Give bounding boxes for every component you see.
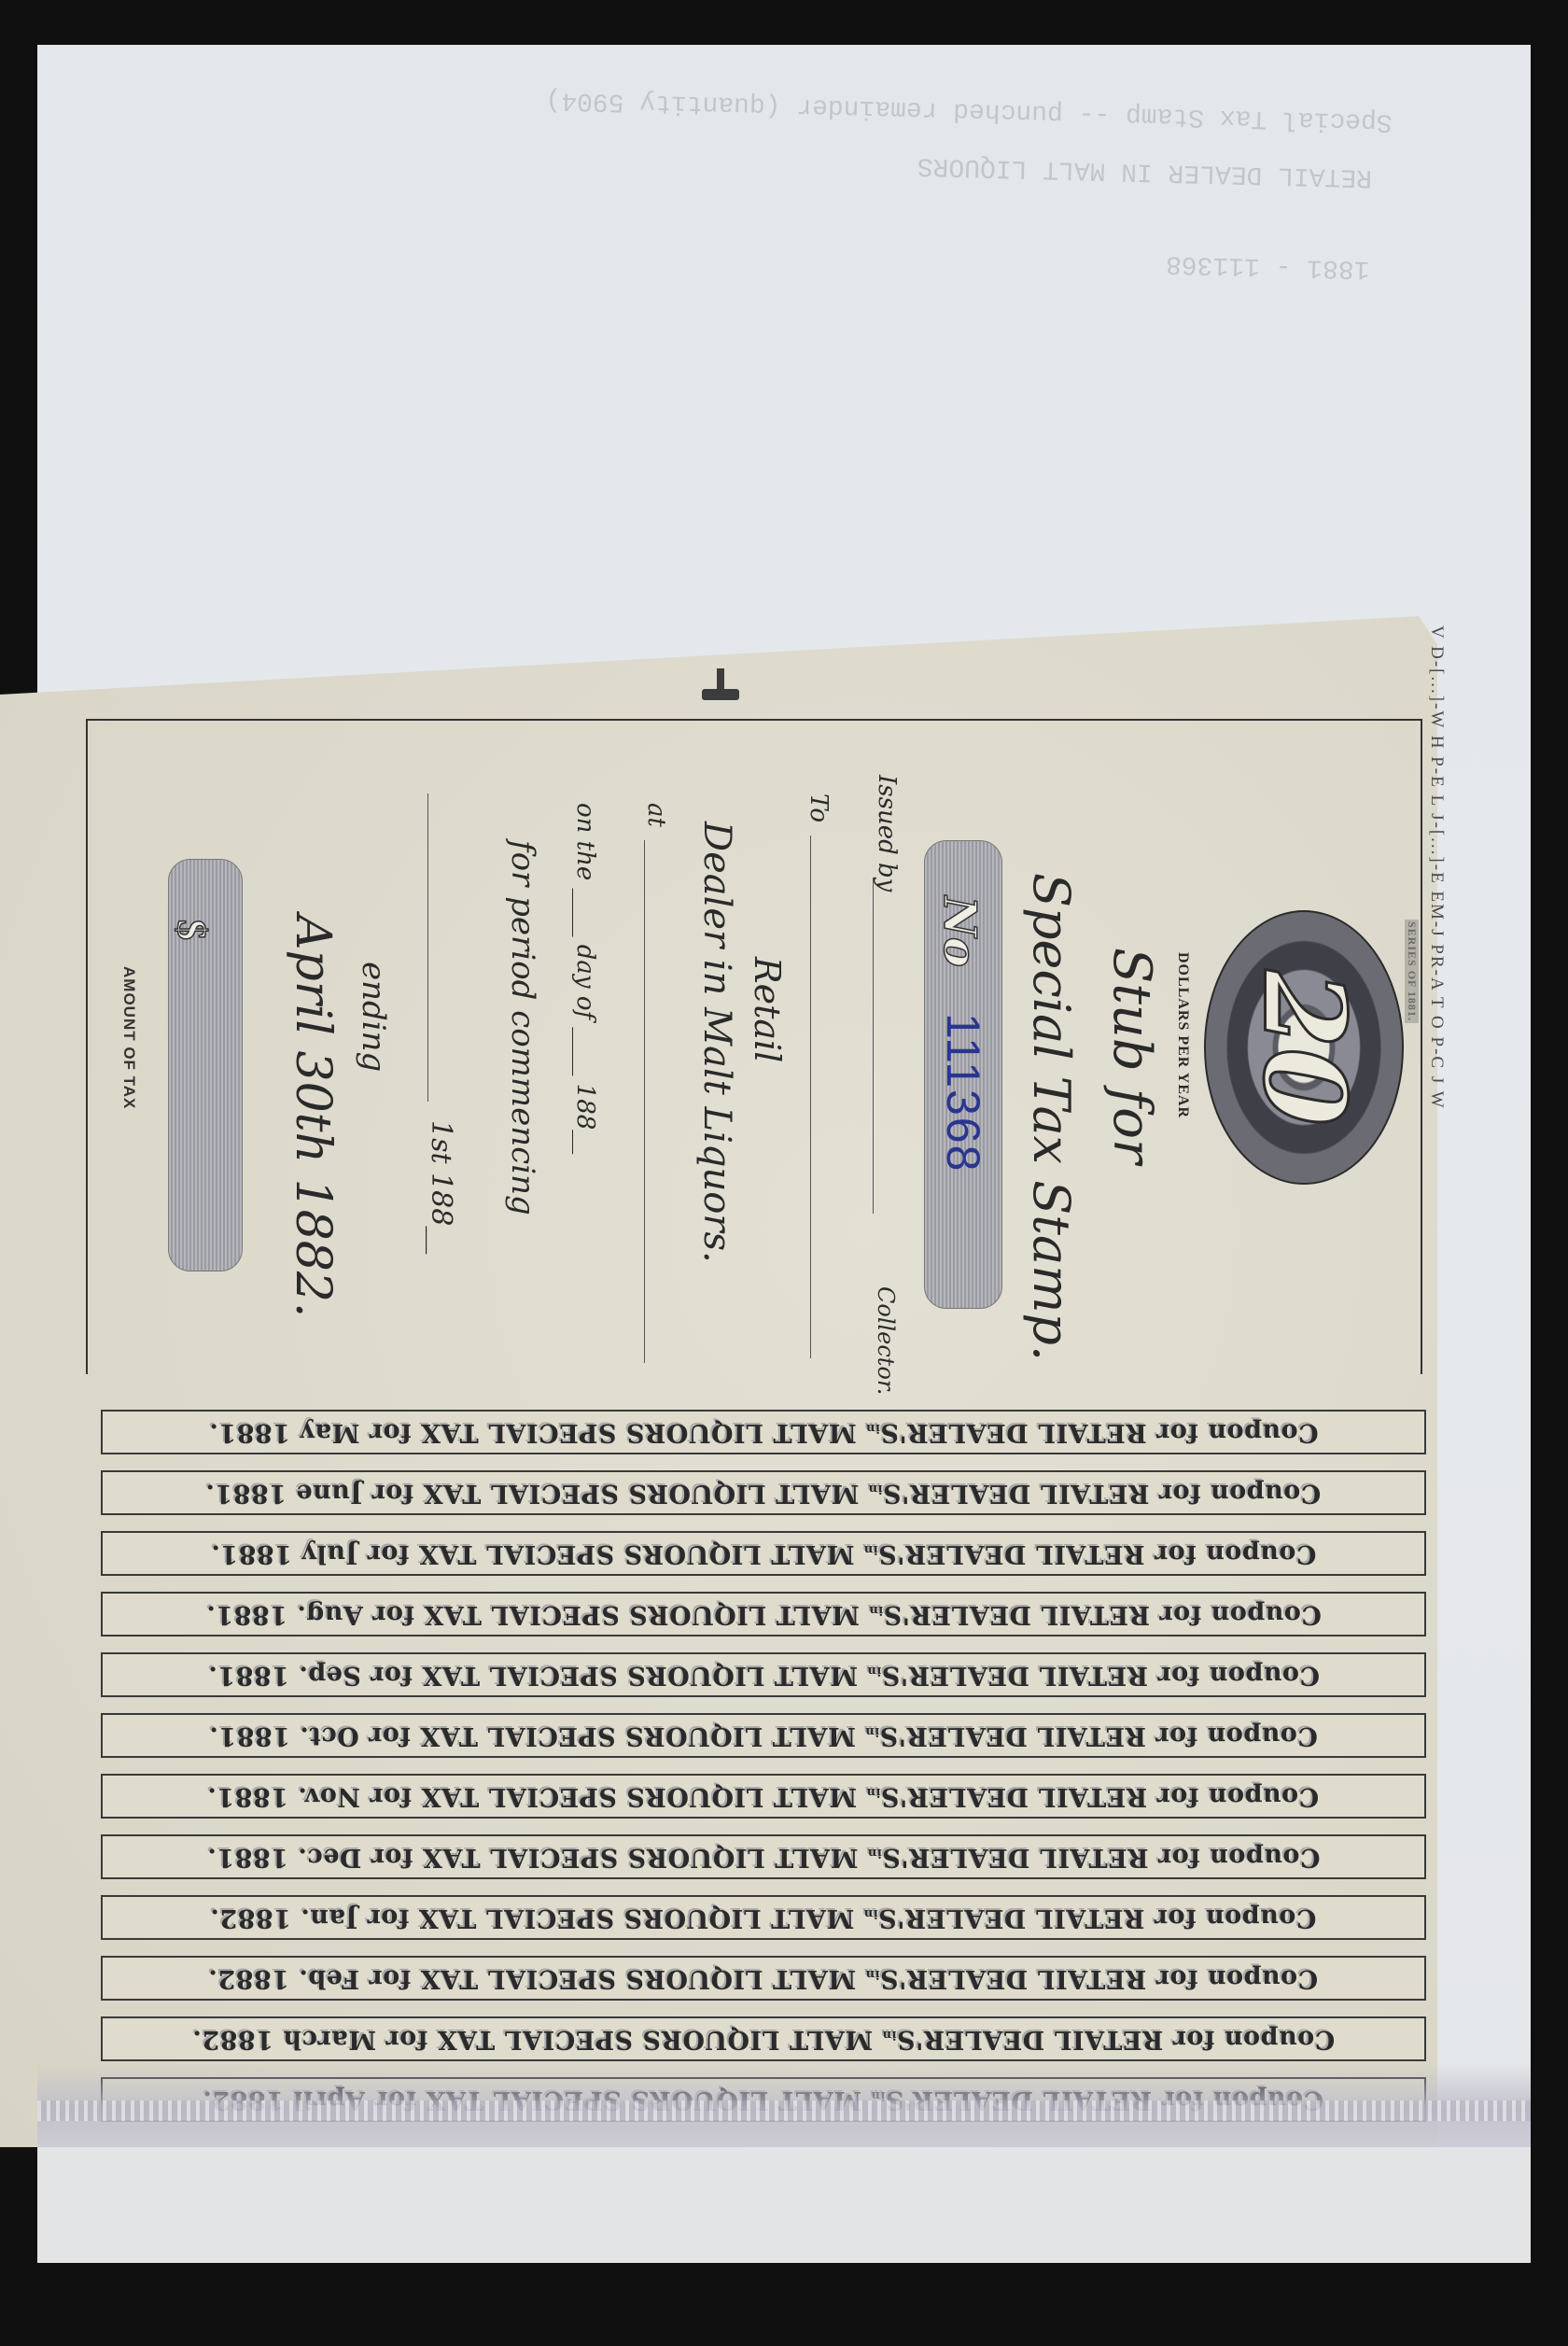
imprint-text: V D-[...]-W H P-E L J-[...]-E EM-J PR-A … — [1426, 625, 1447, 1110]
ending-date: April 30th 1882. — [285, 915, 341, 1317]
at-label: at — [642, 803, 670, 827]
album-sleeve — [37, 2147, 1531, 2263]
collector-label: Collector. — [873, 1286, 899, 1395]
coupon-may-1881: Coupon for RETAIL DEALER'Sin MALT LIQUOR… — [101, 1410, 1426, 1454]
serial-prefix: No — [933, 896, 986, 967]
coupon-jan-1882: Coupon for RETAIL DEALER'Sin MALT LIQUOR… — [101, 1895, 1426, 1940]
coupon-dec-1881: Coupon for RETAIL DEALER'Sin MALT LIQUOR… — [101, 1834, 1426, 1879]
to-label: To — [805, 794, 833, 822]
coupon-feb-1882: Coupon for RETAIL DEALER'Sin MALT LIQUOR… — [101, 1956, 1426, 2001]
period-label: for period commencing — [504, 840, 541, 1215]
coupon-aug-1881: Coupon for RETAIL DEALER'Sin MALT LIQUOR… — [101, 1592, 1426, 1637]
issued-by-line — [873, 878, 874, 1214]
ending-label: ending — [355, 962, 392, 1072]
coupon-sep-1881: Coupon for RETAIL DEALER'Sin MALT LIQUOR… — [101, 1652, 1426, 1697]
margin-imprint: V D-[...]-W H P-E L J-[...]-E EM-J PR-A … — [1426, 625, 1454, 1186]
coupon-july-1881: Coupon for RETAIL DEALER'Sin MALT LIQUOR… — [101, 1531, 1426, 1576]
stub-title-line2: Special Tax Stamp. — [1022, 873, 1081, 1361]
period-start: 1st 188__ — [425, 1120, 457, 1254]
coupon-oct-1881: Coupon for RETAIL DEALER'Sin MALT LIQUOR… — [101, 1713, 1426, 1758]
note-line-2: RETAIL DEALER IN MALT LIQUORS — [917, 150, 1373, 191]
note-line-1: Special Tax Stamp -- punched remainder (… — [545, 85, 1393, 136]
denomination-value: 20 — [1239, 970, 1370, 1126]
to-line — [810, 836, 811, 1358]
amount-dollar-symbol: $ — [168, 920, 216, 940]
denomination-oval: 20 — [1204, 910, 1404, 1185]
typed-album-note: Special Tax Stamp -- punched remainder (… — [268, 58, 1393, 283]
issued-by-label: Issued by — [873, 775, 901, 892]
denomination-caption: DOLLARS PER YEAR — [1174, 952, 1191, 1118]
coupon-nov-1881: Coupon for RETAIL DEALER'Sin MALT LIQUOR… — [101, 1774, 1426, 1819]
amount-of-tax-label: AMOUNT OF TAX — [119, 966, 138, 1109]
date-line: on the ____ day of ____ 188__ — [571, 803, 599, 1154]
coupon-march-1882: Coupon for RETAIL DEALER'Sin MALT LIQUOR… — [101, 2016, 1426, 2061]
occupation-line2: Dealer in Malt Liquors. — [695, 822, 738, 1263]
registration-t-mark — [702, 668, 739, 704]
serial-number: 111368 — [936, 1013, 990, 1173]
coupon-june-1881: Coupon for RETAIL DEALER'Sin MALT LIQUOR… — [101, 1470, 1426, 1515]
at-line — [644, 840, 645, 1363]
period-start-line — [427, 794, 428, 1102]
note-line-3: 1881 - 111368 — [1166, 248, 1370, 283]
stub-title-line1: Stub for — [1101, 948, 1162, 1164]
coupon-list: Coupon for RETAIL DEALER'Sin MALT LIQUOR… — [101, 1410, 1426, 2138]
occupation-line1: Retail — [747, 957, 788, 1062]
